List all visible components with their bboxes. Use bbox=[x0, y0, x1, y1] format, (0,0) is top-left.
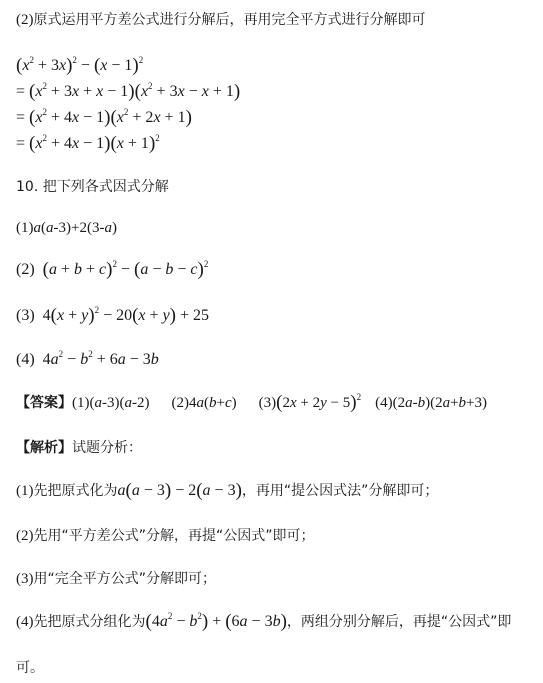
analysis-item-4-continuation: 可。 bbox=[16, 658, 44, 678]
answer-tag: 【答案】 bbox=[16, 395, 72, 411]
question-10-item-3: (3) 4(x + y)2 − 20(x + y) + 25 bbox=[16, 306, 209, 326]
analysis-item-4: (4)先把原式分组化为(4a2 − b2) + (6a − 3b)，两组分别分解… bbox=[16, 612, 511, 632]
question-10-item-2: (2) (a + b + c)2 − (a − b − c)2 bbox=[16, 260, 208, 280]
derivation-line-2: = (x2 + 3x + x − 1)(x2 + 3x − x + 1) bbox=[16, 82, 240, 102]
question-10-item-1: (1)a(a-3)+2(3-a) bbox=[16, 218, 117, 238]
part2-text: 原式运用平方差公式进行分解后，再用完全平方式进行分解即可 bbox=[34, 12, 426, 28]
analysis-heading: 【解析】试题分析： bbox=[16, 438, 142, 458]
analysis-item-3: (3)用“完全平方公式”分解即可； bbox=[16, 569, 216, 589]
answer-line: 【答案】(1)(a-3)(a-2)(2)4a(b+c)(3)(2x + 2y −… bbox=[16, 393, 487, 413]
question-10-item-4: (4) 4a2 − b2 + 6a − 3b bbox=[16, 350, 159, 370]
analysis-item-1: (1)先把原式化为a(a − 3) − 2(a − 3)，再用“提公因式法”分解… bbox=[16, 481, 438, 501]
derivation-line-3: = (x2 + 4x − 1)(x2 + 2x + 1) bbox=[16, 108, 192, 128]
analysis-item-2: (2)先用“平方差公式”分解，再提“公因式”即可； bbox=[16, 526, 315, 546]
derivation-line-4: = (x2 + 4x − 1)(x + 1)2 bbox=[16, 134, 160, 154]
part2-label: (2) bbox=[16, 12, 34, 28]
part2-intro: (2)原式运用平方差公式进行分解后，再用完全平方式进行分解即可 bbox=[16, 10, 426, 30]
analysis-tag: 【解析】 bbox=[16, 440, 72, 456]
derivation-line-1: (x2 + 3x)2 − (x − 1)2 bbox=[16, 56, 143, 76]
question-10-title: 10. 把下列各式因式分解 bbox=[16, 177, 169, 197]
